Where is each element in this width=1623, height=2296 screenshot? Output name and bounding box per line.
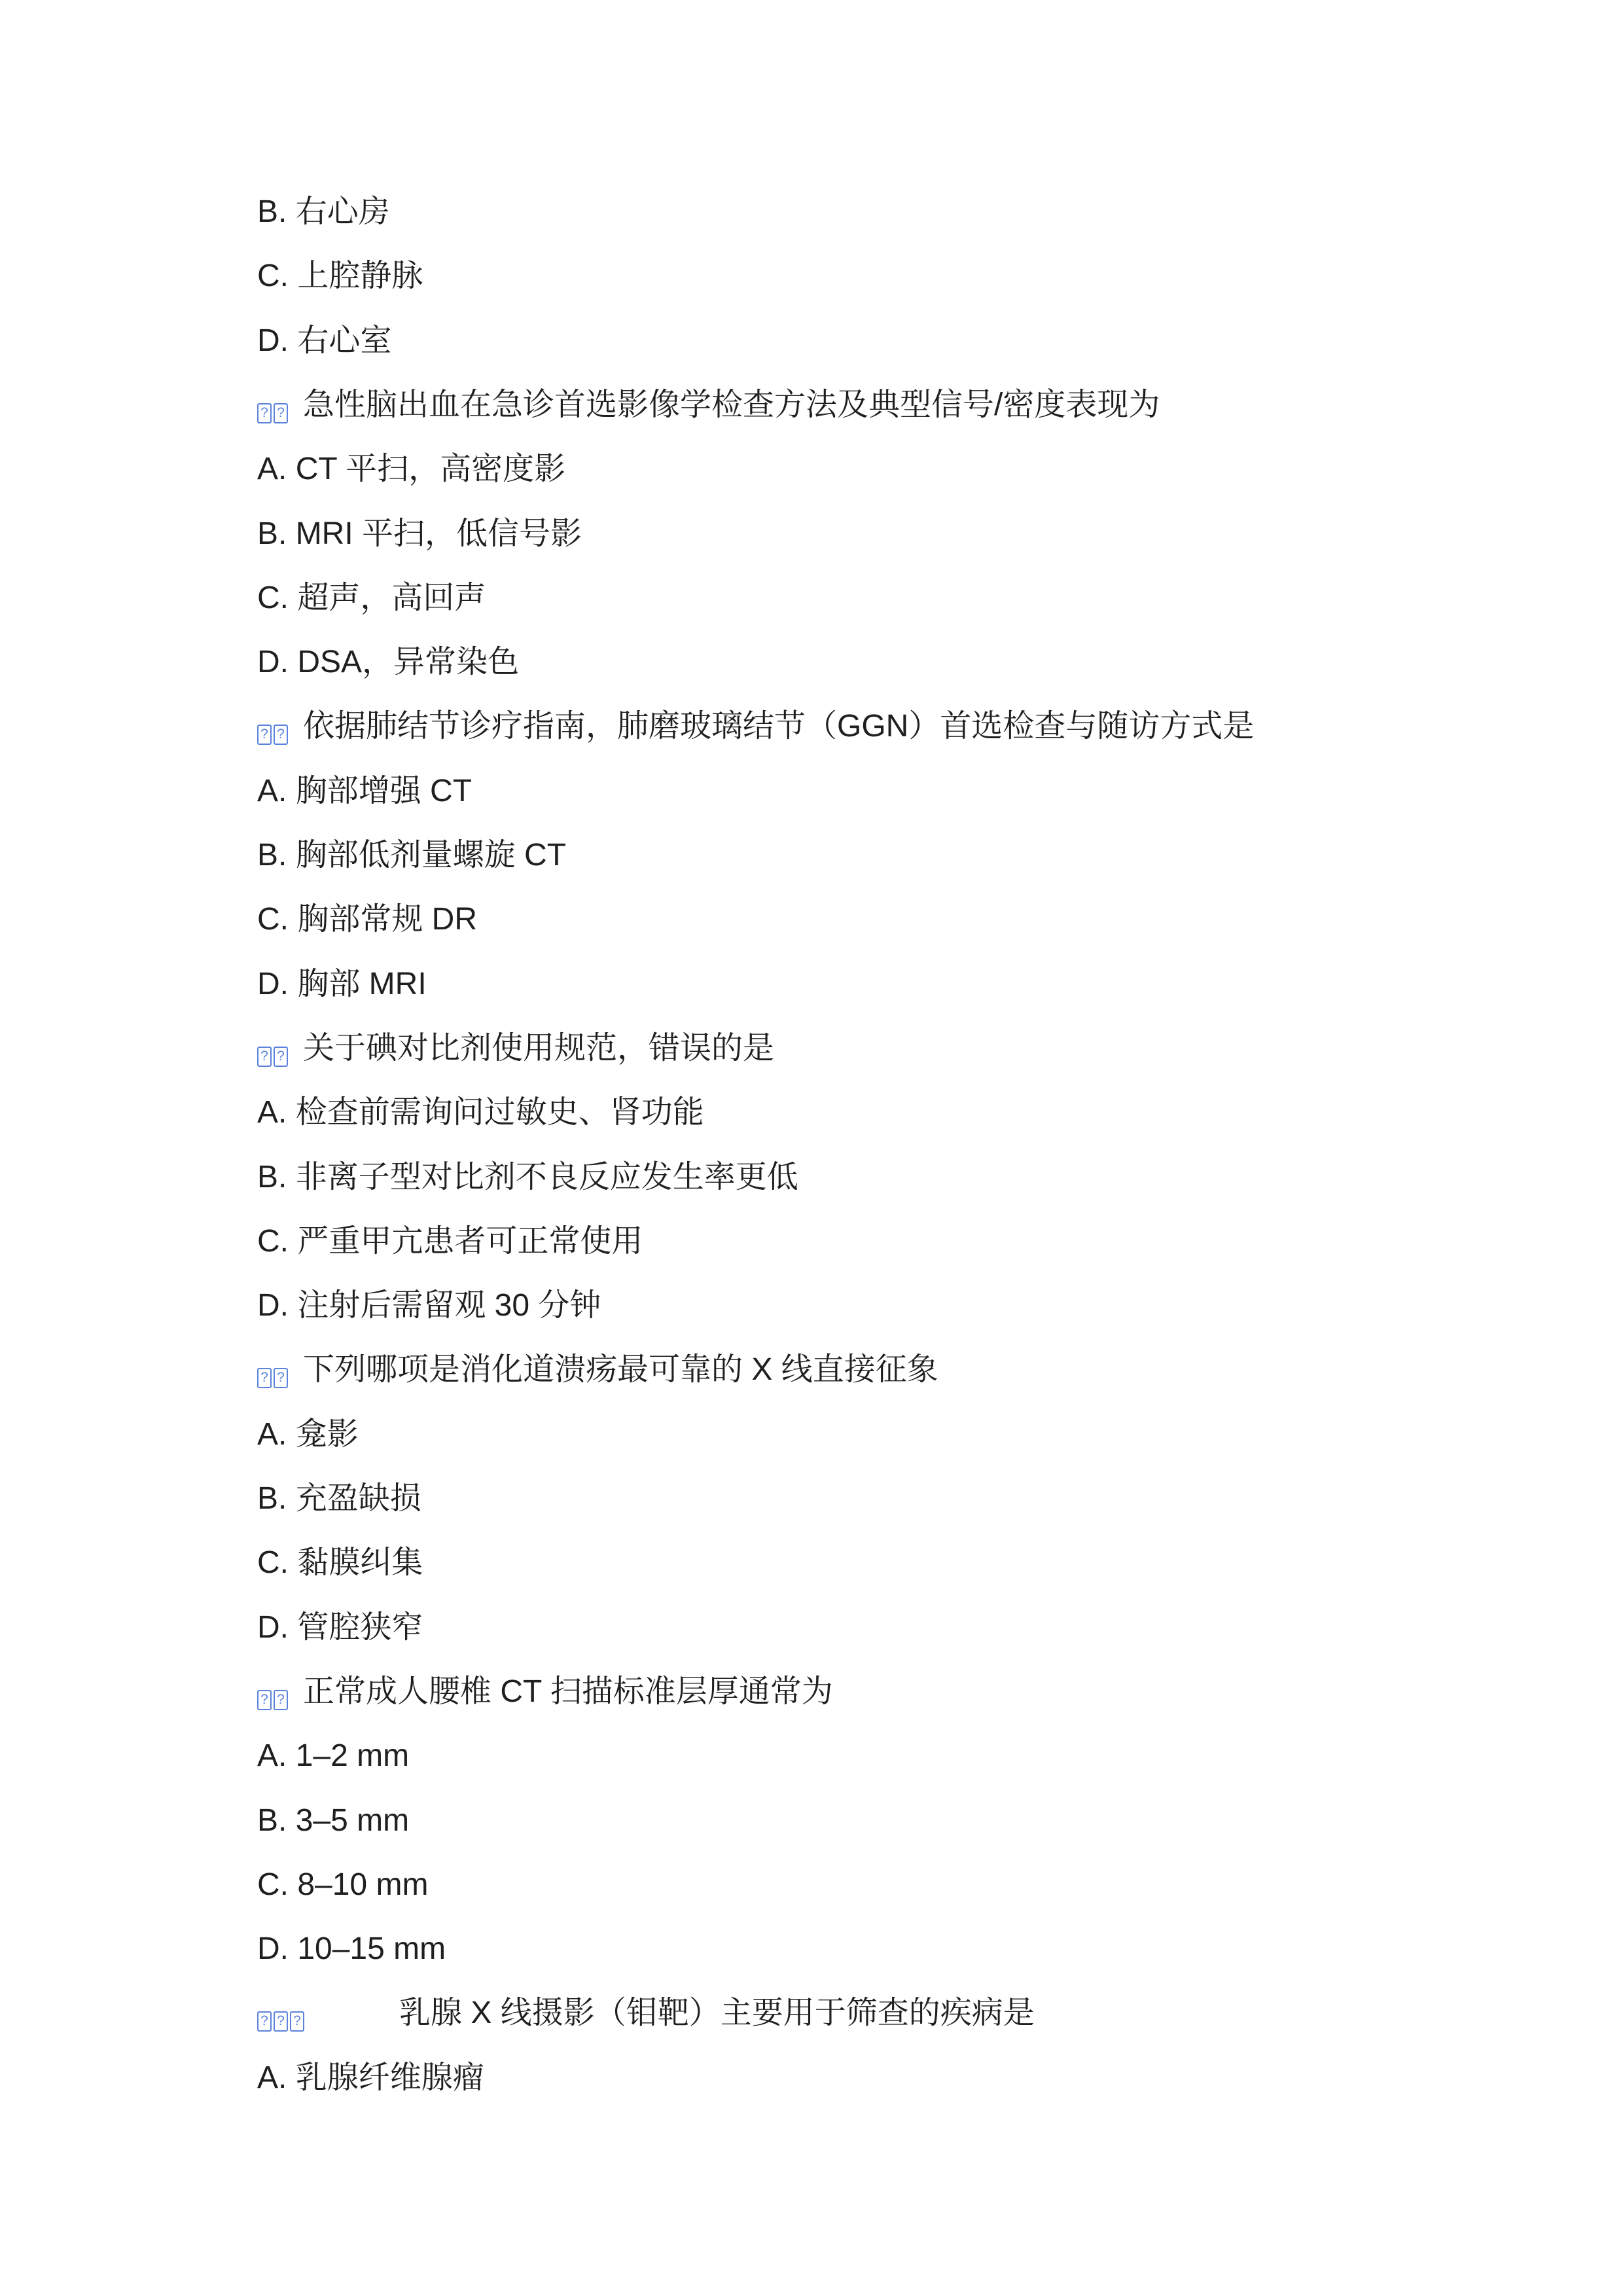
option-text: A. 1–2 mm <box>257 1738 409 1773</box>
question-text: 乳腺 X 线摄影（钼靶）主要用于筛查的疾病是 <box>399 1996 1035 2030</box>
missing-glyph-box: ? <box>257 1690 272 1710</box>
missing-glyph-box: ? <box>257 1368 272 1388</box>
option-text: D. 胸部 MRI <box>257 967 427 1001</box>
option-line: D. 注射后需留观 30 分钟 <box>257 1288 601 1323</box>
option-line: B. MRI 平扫，低信号影 <box>257 516 582 552</box>
option-line: A. 检查前需询问过敏史、肾功能 <box>257 1095 704 1130</box>
option-text: A. 乳腺纤维腺瘤 <box>257 2060 484 2095</box>
question-line: ??下列哪项是消化道溃疡最可靠的 X 线直接征象 <box>257 1352 938 1388</box>
option-line: C. 超声，高回声 <box>257 581 486 616</box>
question-text: 正常成人腰椎 CT 扫描标准层厚通常为 <box>303 1674 833 1709</box>
option-line: B. 右心房 <box>257 194 390 230</box>
option-text: C. 黏膜纠集 <box>257 1545 423 1580</box>
question-line: ???乳腺 X 线摄影（钼靶）主要用于筛查的疾病是 <box>257 1996 1035 2032</box>
missing-glyph-box: ? <box>274 1690 288 1710</box>
option-text: B. 3–5 mm <box>257 1803 409 1838</box>
missing-glyph-box: ? <box>257 2011 272 2032</box>
question-text: 急性脑出血在急诊首选影像学检查方法及典型信号/密度表现为 <box>303 387 1160 422</box>
option-line: D. 10–15 mm <box>257 1931 446 1967</box>
option-text: C. 胸部常规 DR <box>257 902 477 937</box>
option-line: C. 8–10 mm <box>257 1867 428 1903</box>
option-text: B. 右心房 <box>257 194 390 229</box>
missing-glyph-box: ? <box>257 403 272 423</box>
option-text: D. 10–15 mm <box>257 1931 446 1966</box>
option-text: C. 超声，高回声 <box>257 581 486 615</box>
missing-glyph-box: ? <box>274 1047 288 1067</box>
option-line: D. 右心室 <box>257 323 391 359</box>
document-page: B. 右心房C. 上腔静脉D. 右心室??急性脑出血在急诊首选影像学检查方法及典… <box>0 0 1623 2296</box>
option-line: C. 黏膜纠集 <box>257 1545 423 1581</box>
option-line: B. 胸部低剂量螺旋 CT <box>257 838 566 873</box>
question-line: ??急性脑出血在急诊首选影像学检查方法及典型信号/密度表现为 <box>257 387 1160 423</box>
option-text: D. 注射后需留观 30 分钟 <box>257 1288 601 1323</box>
option-text: B. 非离子型对比剂不良反应发生率更低 <box>257 1160 798 1194</box>
missing-glyph-box: ? <box>257 1047 272 1067</box>
missing-glyph-box: ? <box>274 725 288 745</box>
question-line: ??关于碘对比剂使用规范，错误的是 <box>257 1031 774 1067</box>
option-text: D. 右心室 <box>257 323 391 358</box>
option-text: B. MRI 平扫，低信号影 <box>257 516 582 551</box>
question-text: 关于碘对比剂使用规范，错误的是 <box>303 1031 774 1066</box>
option-text: C. 8–10 mm <box>257 1867 428 1902</box>
missing-glyph-box: ? <box>257 725 272 745</box>
option-line: C. 胸部常规 DR <box>257 902 477 937</box>
option-line: A. CT 平扫，高密度影 <box>257 452 565 487</box>
option-text: A. 检查前需询问过敏史、肾功能 <box>257 1095 704 1130</box>
option-line: A. 胸部增强 CT <box>257 774 472 809</box>
option-line: A. 龛影 <box>257 1417 359 1452</box>
missing-glyph-box: ? <box>274 2011 288 2032</box>
option-text: D. 管腔狭窄 <box>257 1610 423 1645</box>
option-line: D. 管腔狭窄 <box>257 1610 423 1645</box>
question-line: ??正常成人腰椎 CT 扫描标准层厚通常为 <box>257 1674 833 1710</box>
option-text: C. 严重甲亢患者可正常使用 <box>257 1224 643 1259</box>
option-line: A. 乳腺纤维腺瘤 <box>257 2060 484 2096</box>
option-text: A. CT 平扫，高密度影 <box>257 452 565 486</box>
option-text: A. 龛影 <box>257 1417 359 1452</box>
option-line: A. 1–2 mm <box>257 1738 409 1774</box>
option-line: D. DSA，异常染色 <box>257 645 519 680</box>
option-text: A. 胸部增强 CT <box>257 774 472 808</box>
option-line: B. 非离子型对比剂不良反应发生率更低 <box>257 1160 798 1195</box>
option-line: C. 严重甲亢患者可正常使用 <box>257 1224 643 1259</box>
option-line: B. 3–5 mm <box>257 1803 409 1839</box>
option-line: D. 胸部 MRI <box>257 967 427 1002</box>
option-text: B. 充盈缺损 <box>257 1481 421 1516</box>
missing-glyph-box: ? <box>290 2011 304 2032</box>
question-text: 下列哪项是消化道溃疡最可靠的 X 线直接征象 <box>303 1352 938 1387</box>
question-text: 依据肺结节诊疗指南，肺磨玻璃结节（GGN）首选检查与随访方式是 <box>303 709 1254 744</box>
missing-glyph-box: ? <box>274 1368 288 1388</box>
option-text: D. DSA，异常染色 <box>257 645 519 679</box>
option-text: B. 胸部低剂量螺旋 CT <box>257 838 566 872</box>
missing-glyph-box: ? <box>274 403 288 423</box>
option-text: C. 上腔静脉 <box>257 259 423 293</box>
question-line: ??依据肺结节诊疗指南，肺磨玻璃结节（GGN）首选检查与随访方式是 <box>257 709 1254 745</box>
option-line: C. 上腔静脉 <box>257 259 423 294</box>
option-line: B. 充盈缺损 <box>257 1481 421 1516</box>
